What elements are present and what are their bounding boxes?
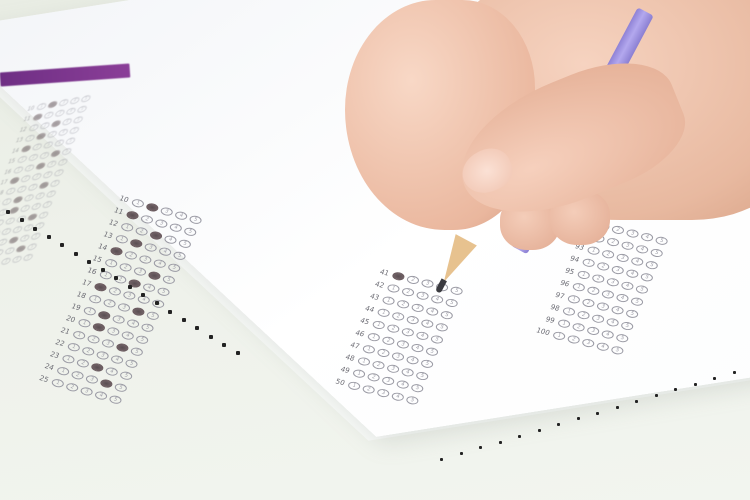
timing-mark	[195, 326, 199, 330]
answer-bubble[interactable]: 4	[69, 96, 80, 104]
answer-bubble[interactable]: 2	[102, 298, 117, 309]
answer-bubble[interactable]: 5	[108, 394, 123, 405]
answer-bubble[interactable]: 3	[420, 278, 435, 288]
filled-bubble[interactable]	[109, 245, 124, 256]
answer-bubble[interactable]: 1	[13, 166, 24, 174]
answer-bubble[interactable]: 1	[367, 331, 382, 341]
timing-mark	[6, 210, 10, 214]
photo-scene: 1013451123451212451313451423451512351612…	[0, 0, 750, 500]
answer-bubble[interactable]: 2	[0, 238, 8, 246]
answer-bubble[interactable]: 3	[606, 277, 621, 287]
timing-mark	[128, 285, 132, 289]
answer-bubble[interactable]: 4	[121, 330, 136, 341]
answer-bubble[interactable]: 2	[81, 346, 96, 357]
filled-bubble[interactable]	[97, 310, 112, 321]
answer-bubble[interactable]: 1	[0, 218, 5, 226]
answer-bubble[interactable]: 4	[640, 232, 655, 242]
answer-bubble[interactable]: 2	[362, 384, 377, 394]
answer-bubble[interactable]: 4	[62, 117, 73, 125]
answer-bubble[interactable]: 3	[133, 266, 148, 277]
answer-bubble[interactable]: 5	[425, 346, 440, 356]
answer-bubble[interactable]: 2	[581, 297, 596, 307]
timing-mark	[209, 335, 213, 339]
filled-bubble[interactable]	[36, 132, 47, 140]
answer-bubble[interactable]: 1	[552, 330, 567, 340]
answer-bubble[interactable]: 1	[357, 356, 372, 366]
answer-bubble[interactable]: 1	[347, 380, 362, 390]
answer-bubble[interactable]: 3	[111, 314, 126, 325]
answer-bubble[interactable]: 2	[391, 311, 406, 321]
filled-bubble[interactable]	[115, 342, 130, 353]
answer-bubble[interactable]: 4	[596, 341, 611, 351]
answer-bubble[interactable]: 3	[20, 204, 31, 212]
timing-mark	[557, 423, 560, 426]
filled-bubble[interactable]	[27, 213, 38, 221]
answer-bubble[interactable]: 5	[61, 147, 72, 155]
answer-bubble[interactable]: 5	[77, 105, 88, 113]
answer-bubble[interactable]: 3	[581, 337, 596, 347]
timing-mark	[155, 301, 159, 305]
answer-bubble[interactable]: 1	[586, 245, 601, 255]
answer-bubble[interactable]: 3	[411, 302, 426, 312]
answer-bubble[interactable]: 2	[65, 381, 80, 392]
answer-bubble[interactable]: 2	[70, 370, 85, 381]
filled-bubble[interactable]	[13, 195, 24, 203]
answer-bubble[interactable]: 5	[640, 272, 655, 282]
answer-bubble[interactable]: 5	[80, 94, 91, 102]
filled-bubble[interactable]	[90, 362, 105, 373]
answer-bubble[interactable]: 2	[601, 249, 616, 259]
filled-bubble[interactable]	[149, 230, 164, 241]
answer-bubble[interactable]: 2	[118, 262, 133, 273]
answer-bubble[interactable]: 5	[50, 179, 61, 187]
filled-bubble[interactable]	[15, 244, 26, 252]
answer-bubble[interactable]: 4	[174, 210, 189, 221]
answer-bubble[interactable]: 5	[130, 346, 145, 357]
answer-bubble[interactable]: 4	[391, 391, 406, 401]
answer-bubble[interactable]: 2	[32, 142, 43, 150]
answer-bubble[interactable]: 5	[38, 211, 49, 219]
answer-bubble[interactable]: 1	[28, 123, 39, 131]
answer-bubble[interactable]: 3	[24, 193, 35, 201]
answer-bubble[interactable]: 3	[54, 109, 65, 117]
answer-bubble[interactable]: 2	[406, 274, 421, 284]
filled-bubble[interactable]	[32, 113, 43, 121]
answer-bubble[interactable]: 1	[77, 317, 92, 328]
answer-bubble[interactable]: 1	[17, 155, 28, 163]
answer-bubble[interactable]: 3	[4, 246, 15, 254]
answer-bubble[interactable]: 4	[420, 318, 435, 328]
answer-bubble[interactable]: 3	[106, 326, 121, 337]
answer-bubble[interactable]: 1	[567, 294, 582, 304]
answer-bubble[interactable]: 5	[46, 189, 57, 197]
answer-bubble[interactable]: 4	[610, 305, 625, 315]
filled-bubble[interactable]	[39, 181, 50, 189]
answer-bubble[interactable]: 3	[12, 225, 23, 233]
timing-mark	[733, 371, 736, 374]
timing-mark	[479, 446, 482, 449]
answer-bubble[interactable]: 1	[377, 307, 392, 317]
answer-bubble[interactable]: 4	[94, 390, 109, 401]
answer-bubble[interactable]: 5	[183, 226, 198, 237]
answer-bubble[interactable]: 4	[430, 294, 445, 304]
answer-bubble[interactable]: 2	[43, 111, 54, 119]
answer-bubble[interactable]: 5	[30, 232, 41, 240]
answer-bubble[interactable]: 3	[601, 289, 616, 299]
filled-bubble[interactable]	[51, 119, 62, 127]
answer-bubble[interactable]: 5	[620, 320, 635, 330]
answer-bubble[interactable]: 5	[156, 286, 171, 297]
answer-bubble[interactable]: 1	[115, 233, 130, 244]
answer-bubble[interactable]: 4	[405, 355, 420, 365]
answer-bubble[interactable]: 2	[140, 214, 155, 225]
answer-bubble[interactable]: 4	[630, 256, 645, 266]
answer-bubble[interactable]: 2	[567, 334, 582, 344]
answer-bubble[interactable]: 4	[65, 107, 76, 115]
answer-bubble[interactable]: 1	[72, 329, 87, 340]
answer-bubble[interactable]: 3	[391, 351, 406, 361]
timing-mark	[596, 412, 599, 415]
answer-bubble[interactable]: 2	[396, 299, 411, 309]
answer-bubble[interactable]: 5	[178, 238, 193, 249]
answer-bubble[interactable]: 5	[410, 383, 425, 393]
answer-bubble[interactable]: 3	[0, 257, 11, 265]
answer-bubble[interactable]: 5	[420, 358, 435, 368]
answer-bubble[interactable]: 3	[101, 338, 116, 349]
answer-bubble[interactable]: 4	[142, 282, 157, 293]
answer-bubble[interactable]: 3	[591, 313, 606, 323]
filled-bubble[interactable]	[35, 162, 46, 170]
answer-bubble[interactable]: 2	[134, 226, 149, 237]
answer-bubble[interactable]: 2	[5, 217, 16, 225]
filled-bubble[interactable]	[21, 144, 32, 152]
answer-bubble[interactable]: 3	[122, 290, 137, 301]
answer-bubble[interactable]: 5	[650, 247, 665, 257]
answer-bubble[interactable]: 5	[405, 395, 420, 405]
answer-bubble[interactable]: 2	[24, 164, 35, 172]
answer-bubble[interactable]: 4	[601, 329, 616, 339]
timing-mark	[74, 252, 78, 256]
answer-bubble[interactable]: 1	[381, 295, 396, 305]
answer-bubble[interactable]: 3	[27, 183, 38, 191]
answer-bubble[interactable]: 2	[571, 322, 586, 332]
answer-bubble[interactable]: 3	[620, 240, 635, 250]
answer-bubble[interactable]: 4	[410, 342, 425, 352]
answer-bubble[interactable]: 1	[362, 344, 377, 354]
answer-bubble[interactable]: 3	[386, 363, 401, 373]
answer-bubble[interactable]: 2	[20, 174, 31, 182]
answer-bubble[interactable]: 3	[47, 130, 58, 138]
answer-bubble[interactable]: 4	[19, 234, 30, 242]
answer-bubble[interactable]: 5	[65, 137, 76, 145]
answer-bubble[interactable]: 5	[615, 333, 630, 343]
answer-bubble[interactable]: 2	[39, 121, 50, 129]
answer-bubble[interactable]: 3	[611, 264, 626, 274]
answer-bubble[interactable]: 1	[386, 283, 401, 293]
question-number: 50	[322, 374, 346, 387]
answer-bubble[interactable]: 4	[620, 280, 635, 290]
answer-bubble[interactable]: 1	[572, 281, 587, 291]
answer-bubble[interactable]: 1	[372, 319, 387, 329]
answer-bubble[interactable]: 1	[352, 368, 367, 378]
filled-bubble[interactable]	[9, 176, 20, 184]
answer-bubble[interactable]: 3	[85, 374, 100, 385]
filled-bubble[interactable]	[93, 281, 108, 292]
answer-bubble[interactable]: 1	[5, 187, 16, 195]
answer-bubble[interactable]: 2	[611, 224, 626, 234]
answer-bubble[interactable]: 4	[46, 160, 57, 168]
answer-bubble[interactable]: 1	[577, 269, 592, 279]
answer-bubble[interactable]: 5	[23, 253, 34, 261]
answer-bubble[interactable]: 5	[445, 297, 460, 307]
answer-bubble[interactable]: 4	[31, 202, 42, 210]
timing-mark	[60, 243, 64, 247]
answer-bubble[interactable]: 4	[54, 139, 65, 147]
answer-bubble[interactable]: 4	[35, 191, 46, 199]
answer-bubble[interactable]: 1	[56, 365, 71, 376]
answer-bubble[interactable]: 2	[124, 250, 139, 261]
filled-bubble[interactable]	[8, 236, 19, 244]
filled-bubble[interactable]	[129, 238, 144, 249]
answer-bubble[interactable]: 1	[36, 102, 47, 110]
answer-bubble[interactable]: 1	[51, 377, 66, 388]
answer-bubble[interactable]: 3	[596, 301, 611, 311]
timing-mark	[694, 383, 697, 386]
answer-bubble[interactable]: 5	[162, 274, 177, 285]
answer-bubble[interactable]: 4	[42, 170, 53, 178]
answer-bubble[interactable]: 3	[401, 327, 416, 337]
answer-bubble[interactable]: 1	[67, 341, 82, 352]
answer-bubble[interactable]: 2	[376, 347, 391, 357]
filled-bubble[interactable]	[125, 209, 140, 220]
answer-bubble[interactable]: 5	[172, 250, 187, 261]
timing-mark	[168, 310, 172, 314]
answer-bubble[interactable]: 5	[135, 334, 150, 345]
filled-bubble[interactable]	[147, 270, 162, 281]
answer-bubble[interactable]: 2	[596, 261, 611, 271]
answer-bubble[interactable]: 3	[381, 375, 396, 385]
answer-bubble[interactable]: 4	[605, 317, 620, 327]
timing-mark	[655, 394, 658, 397]
answer-bubble[interactable]: 3	[143, 242, 158, 253]
answer-bubble[interactable]: 2	[76, 358, 91, 369]
answer-bubble[interactable]: 5	[42, 200, 53, 208]
answer-bubble[interactable]: 4	[105, 366, 120, 377]
answer-bubble[interactable]: 1	[88, 293, 103, 304]
answer-bubble[interactable]: 5	[57, 158, 68, 166]
timing-mark	[222, 343, 226, 347]
timing-mark	[47, 235, 51, 239]
answer-bubble[interactable]: 2	[28, 153, 39, 161]
answer-bubble[interactable]: 5	[625, 308, 640, 318]
filled-bubble[interactable]	[9, 206, 20, 214]
answer-bubble[interactable]: 1	[120, 221, 135, 232]
filled-bubble[interactable]	[50, 149, 61, 157]
timing-mark	[114, 276, 118, 280]
answer-bubble[interactable]: 3	[95, 350, 110, 361]
timing-mark	[440, 458, 443, 461]
answer-bubble[interactable]: 5	[114, 382, 129, 393]
timing-mark	[635, 400, 638, 403]
answer-bubble[interactable]: 2	[366, 372, 381, 382]
timing-mark	[518, 435, 521, 438]
answer-bubble[interactable]: 3	[117, 302, 132, 313]
answer-bubble[interactable]: 5	[119, 370, 134, 381]
answer-bubble[interactable]: 5	[654, 235, 669, 245]
answer-bubble[interactable]: 5	[188, 214, 203, 225]
filled-bubble[interactable]	[47, 100, 58, 108]
answer-bubble[interactable]: 1	[25, 134, 36, 142]
timing-mark	[538, 429, 541, 432]
answer-bubble[interactable]: 5	[146, 310, 161, 321]
filled-bubble[interactable]	[92, 322, 107, 333]
bubble-grid-left: 1013451123451212451313451423451512351612…	[25, 188, 208, 408]
answer-bubble[interactable]: 5	[635, 284, 650, 294]
answer-bubble[interactable]: 5	[435, 322, 450, 332]
answer-bubble[interactable]: 4	[425, 306, 440, 316]
answer-bubble[interactable]: 1	[582, 257, 597, 267]
timing-mark	[141, 293, 145, 297]
answer-bubble[interactable]: 2	[86, 334, 101, 345]
answer-bubble[interactable]: 1	[562, 306, 577, 316]
answer-bubble[interactable]: 4	[169, 222, 184, 233]
answer-bubble[interactable]: 4	[12, 255, 23, 263]
answer-bubble[interactable]: 3	[376, 387, 391, 397]
answer-bubble[interactable]: 3	[616, 252, 631, 262]
filled-bubble[interactable]	[145, 202, 160, 213]
answer-bubble[interactable]: 5	[645, 259, 660, 269]
answer-bubble[interactable]: 2	[16, 185, 27, 193]
answer-bubble[interactable]: 1	[131, 197, 146, 208]
answer-bubble[interactable]: 3	[415, 290, 430, 300]
answer-bubble[interactable]: 4	[58, 128, 69, 136]
answer-bubble[interactable]: 2	[108, 286, 123, 297]
answer-bubble[interactable]: 5	[430, 334, 445, 344]
answer-bubble[interactable]: 5	[69, 126, 80, 134]
timing-mark	[616, 406, 619, 409]
answer-bubble[interactable]: 5	[630, 296, 645, 306]
filled-bubble[interactable]	[391, 271, 406, 281]
answer-bubble[interactable]: 3	[396, 339, 411, 349]
answer-bubble[interactable]: 4	[635, 244, 650, 254]
answer-bubble[interactable]: 3	[160, 206, 175, 217]
answer-bubble[interactable]: 5	[415, 370, 430, 380]
filled-bubble[interactable]	[131, 306, 146, 317]
timing-mark	[33, 227, 37, 231]
answer-bubble[interactable]: 4	[615, 292, 630, 302]
answer-bubble[interactable]: 5	[124, 358, 139, 369]
answer-bubble[interactable]: 4	[396, 379, 411, 389]
answer-bubble[interactable]: 3	[31, 172, 42, 180]
timing-mark	[182, 318, 186, 322]
answer-bubble[interactable]: 4	[158, 246, 173, 257]
answer-bubble[interactable]: 3	[43, 140, 54, 148]
filled-bubble[interactable]	[99, 378, 114, 389]
answer-bubble[interactable]: 4	[400, 367, 415, 377]
answer-bubble[interactable]: 2	[576, 309, 591, 319]
answer-bubble[interactable]: 3	[58, 98, 69, 106]
answer-bubble[interactable]: 3	[406, 314, 421, 324]
answer-bubble[interactable]: 5	[167, 262, 182, 273]
answer-bubble[interactable]: 3	[79, 386, 94, 397]
answer-bubble[interactable]: 5	[140, 322, 155, 333]
answer-bubble[interactable]: 3	[154, 218, 169, 229]
answer-bubble[interactable]: 1	[61, 353, 76, 364]
answer-bubble[interactable]: 4	[126, 318, 141, 329]
question-number: 25	[26, 370, 50, 383]
answer-bubble[interactable]: 3	[625, 228, 640, 238]
answer-bubble[interactable]: 2	[591, 273, 606, 283]
answer-bubble[interactable]: 5	[440, 309, 455, 319]
blurred-bubble-grid-top: 1013451123451212451313451423451512351612…	[0, 92, 95, 274]
answer-bubble[interactable]: 4	[625, 268, 640, 278]
answer-bubble[interactable]: 4	[153, 258, 168, 269]
timing-mark	[236, 351, 240, 355]
timing-mark	[713, 377, 716, 380]
answer-bubble[interactable]: 2	[381, 335, 396, 345]
timing-mark	[87, 260, 91, 264]
answer-bubble[interactable]: 5	[53, 168, 64, 176]
timing-mark	[20, 218, 24, 222]
answer-bubble[interactable]: 3	[586, 325, 601, 335]
timing-mark	[101, 268, 105, 272]
answer-bubble[interactable]: 1	[83, 305, 98, 316]
answer-bubble[interactable]: 2	[606, 236, 621, 246]
answer-bubble[interactable]: 2	[386, 323, 401, 333]
answer-bubble[interactable]: 1	[104, 257, 119, 268]
answer-bubble[interactable]: 5	[27, 242, 38, 250]
answer-bubble[interactable]: 4	[415, 330, 430, 340]
timing-mark	[499, 441, 502, 444]
answer-bubble[interactable]: 4	[110, 354, 125, 365]
answer-bubble[interactable]: 5	[73, 115, 84, 123]
answer-bubble[interactable]: 3	[138, 254, 153, 265]
answer-bubble[interactable]: 1	[557, 318, 572, 328]
answer-bubble[interactable]: 1	[1, 197, 12, 205]
answer-bubble[interactable]: 2	[586, 285, 601, 295]
answer-bubble[interactable]: 4	[163, 234, 178, 245]
question-number: 100	[527, 324, 551, 337]
timing-mark	[577, 417, 580, 420]
answer-bubble[interactable]: 2	[1, 227, 12, 235]
answer-bubble[interactable]: 2	[371, 359, 386, 369]
answer-bubble[interactable]: 3	[39, 151, 50, 159]
timing-mark	[460, 452, 463, 455]
answer-bubble[interactable]: 2	[401, 286, 416, 296]
answer-bubble[interactable]: 5	[610, 345, 625, 355]
